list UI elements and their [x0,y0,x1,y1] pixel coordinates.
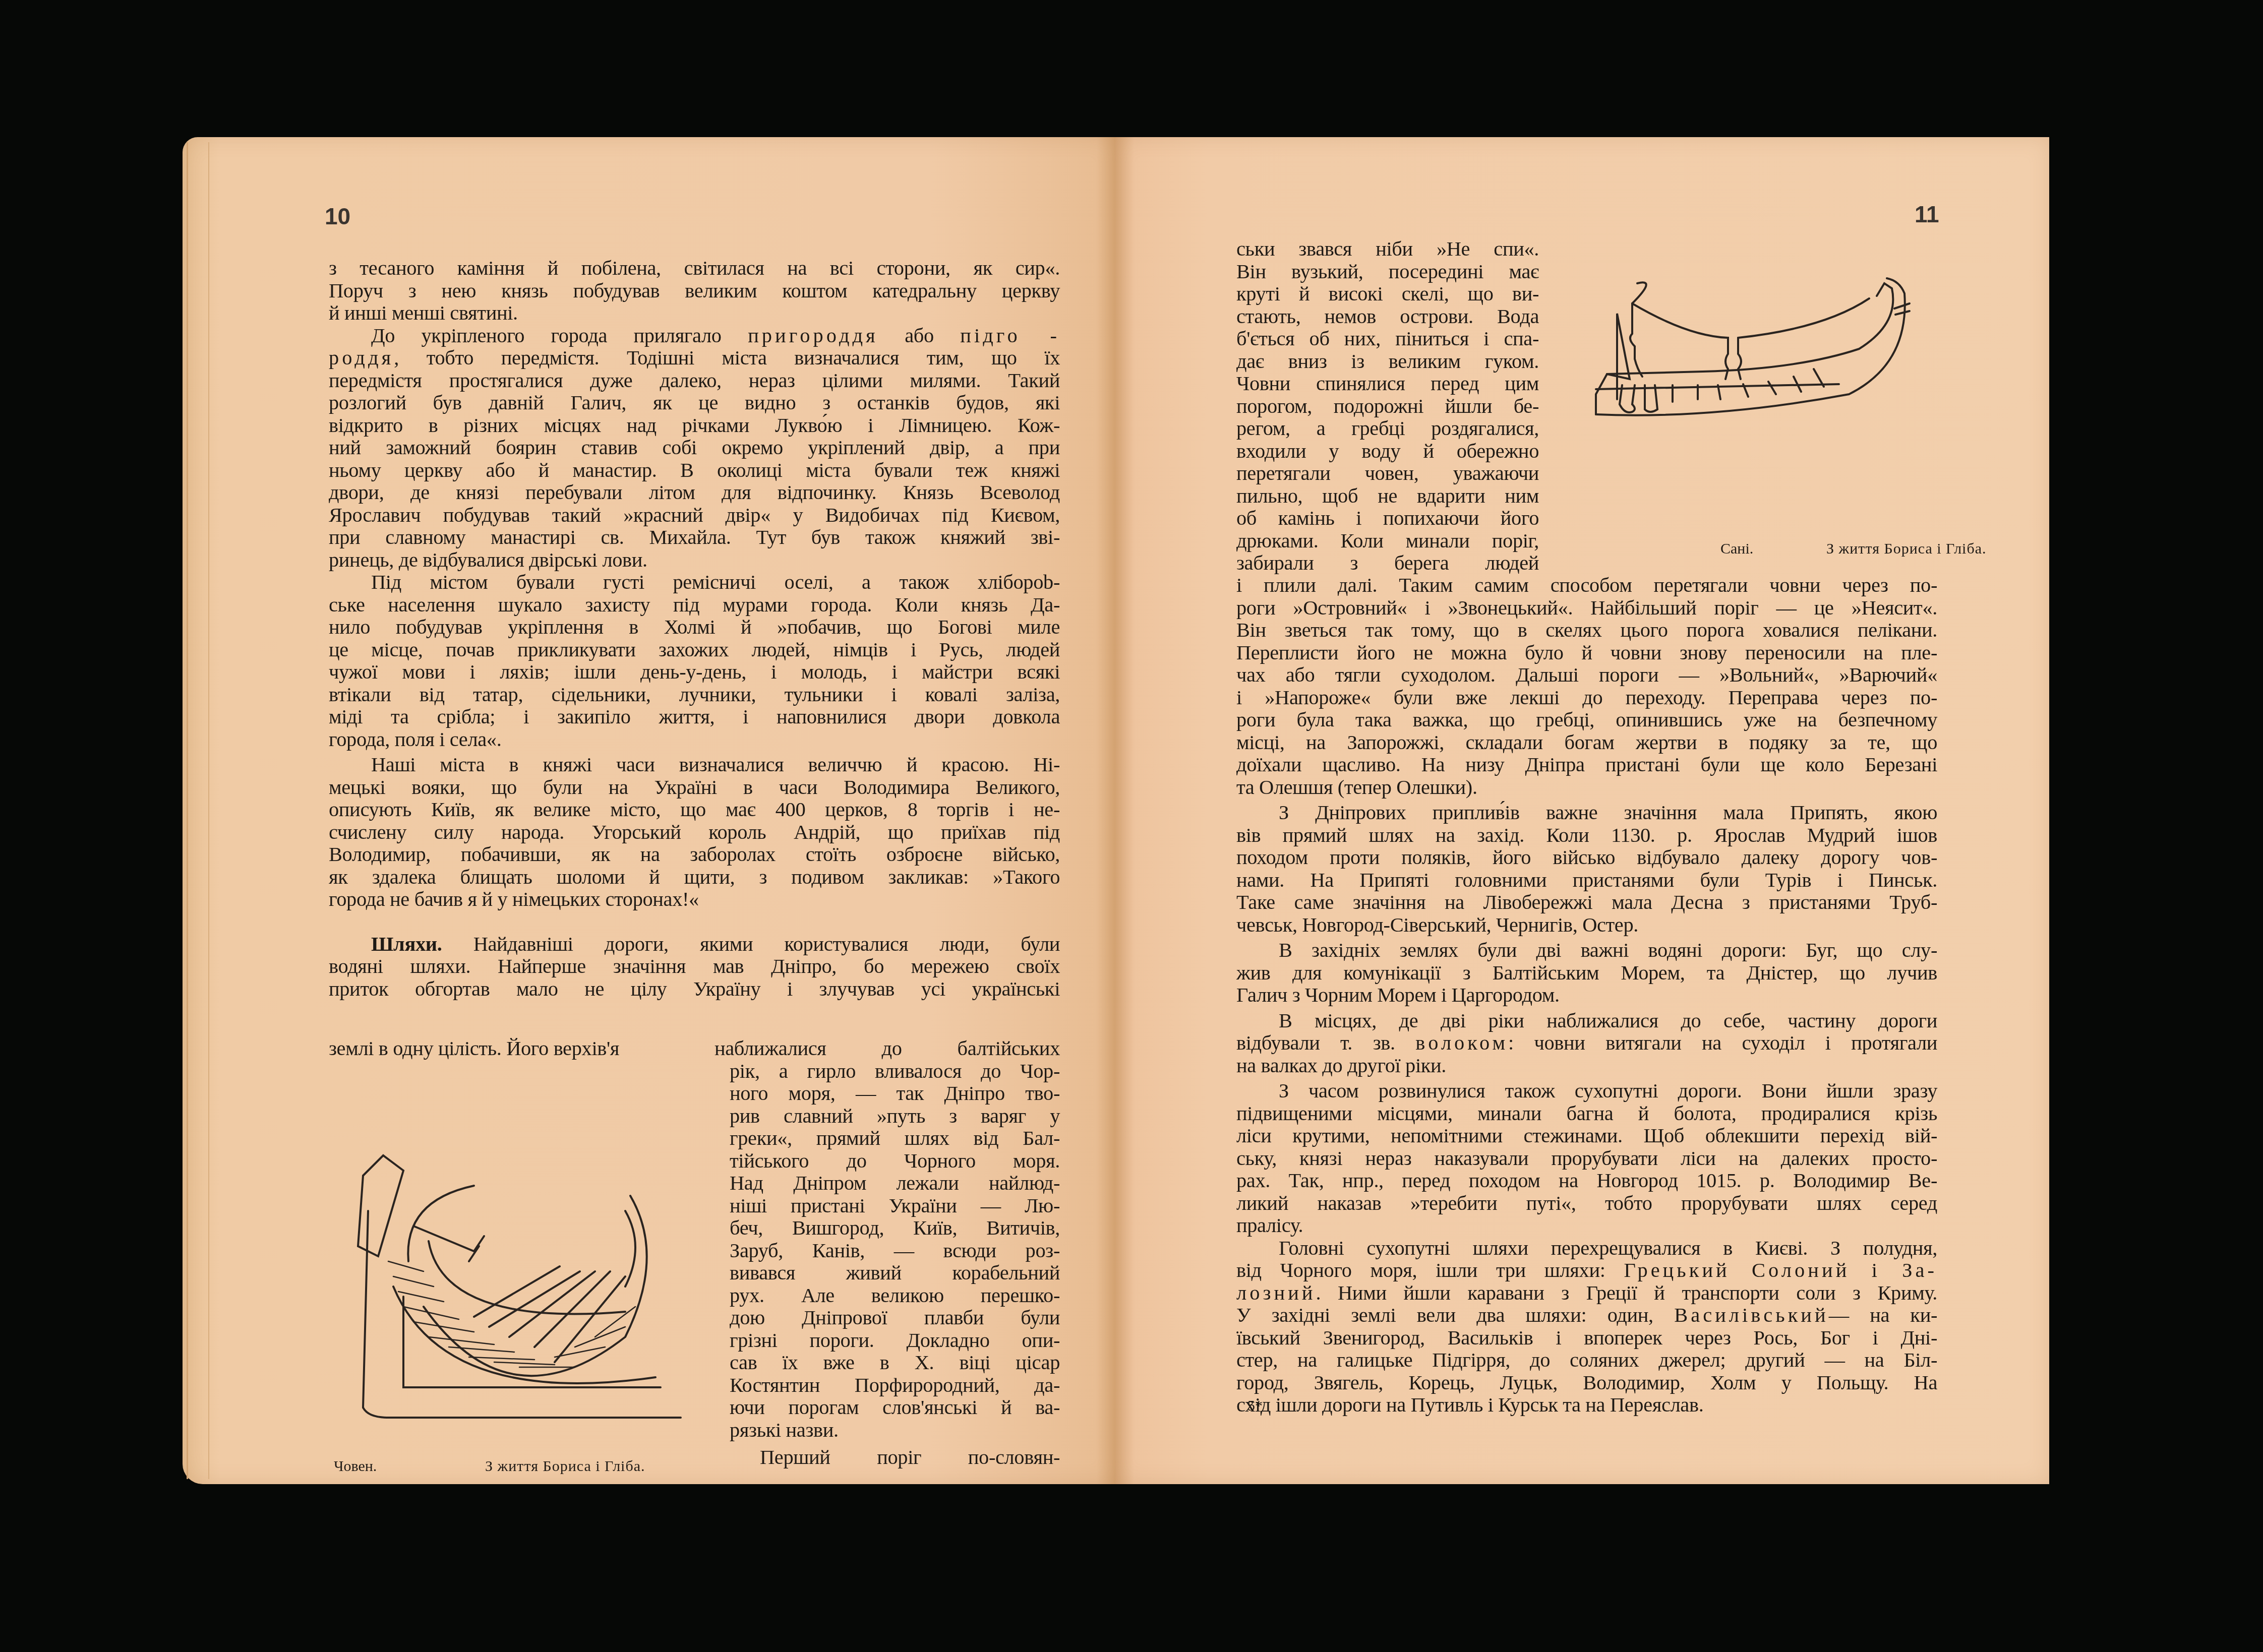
text-line: на валках до другої ріки. [1236,1055,1937,1077]
text-line: ний заможний боярин ставив собі окремо у… [329,437,1060,459]
text-line: дрюками. Коли минали поріг, [1236,530,1539,553]
text-line: порогом, подорожні йшли бе- [1236,395,1539,418]
text-line: ньому церкву або й манастир. В околиці м… [329,459,1060,482]
text-line: відкрито в різних місцях над річками Лук… [329,414,1060,437]
text-line: Ярославич побудував такий »красний двір«… [329,504,1060,527]
text-line: Костянтин Порфирородний, да- [714,1374,1060,1397]
text-line: і плили далі. Таким самим способом перет… [1236,574,1937,597]
text-line: беч, Вишгород, Київ, Витичів, [714,1217,1060,1240]
text-line: забирали з берега людей [1236,552,1539,575]
text-line: наближалися до балтійських [714,1037,1060,1060]
figure-caption-label: Човен. [334,1458,377,1475]
text-line: розлогий був давній Галич, як це видно з… [329,392,1060,414]
text-line: Під містом бували густі ремісничі оселі,… [329,571,1060,594]
text-line: та Олешшя (тепер Олешки). [1236,776,1937,799]
text-line: вивався живий корабельний [714,1262,1060,1284]
text-line: з тесаного каміння й побілена, світилася… [329,257,1060,280]
text-line: города, поля і села«. [329,728,1060,751]
text-line: Головні сухопутні шляхи перехрещувалися … [1236,1237,1937,1260]
text-line: нами. На Припяті головними пристанями бу… [1236,869,1937,892]
page-number-right: 11 [1915,201,1939,228]
text-line: від Чорного моря, ішли три шляхи: Грецьк… [1236,1259,1937,1282]
text-line: Над Дніпром лежали найлюд- [714,1172,1060,1195]
text-line: рух. Але великою перешко- [714,1284,1060,1307]
text-line: приток обгортав мало не цілу Україну і з… [329,978,1060,1001]
text-line: сав їх вже в X. віці цісар [714,1352,1060,1374]
text-line: греки«, прямий шлях від Бал- [714,1127,1060,1150]
text-line: ївський Звенигород, Васильків і впоперек… [1236,1327,1937,1350]
text-line: тійського до Чорного моря. [714,1150,1060,1173]
text-line: ніші пристані України — Лю- [714,1195,1060,1217]
text-line: стають, немов острови. Вода [1236,305,1539,328]
text-line: Човни спинялися перед цим [1236,373,1539,395]
text-line: міді та срібла; і закипіло життя, і напо… [329,706,1060,728]
text-line: відбували т. зв. волоком: човни витягали… [1236,1032,1937,1055]
right-page: 11 ськи звався ніби »Не спи«. Він вузьки… [1115,137,2049,1484]
text-line: чах або тягли суходолом. Дальші пороги —… [1236,664,1937,687]
text-line: доїхали щасливо. На низу Дніпра пристані… [1236,754,1937,776]
left-narrow-column: наближалися до балтійських рік, а гирло … [714,1037,1060,1469]
text-line: входили у воду й обережно [1236,440,1539,463]
text-line: ськи звався ніби »Не спи«. [1236,238,1539,261]
text-line: ного моря, — так Дніпро тво- [714,1082,1060,1105]
text-line: пильно, щоб не вдарити ним [1236,485,1539,508]
text-line: втікали від татар, сідельники, лучники, … [329,684,1060,706]
text-line: підвищеними місцями, минали багна й боло… [1236,1103,1937,1125]
signature-mark: 5* [1247,1397,1263,1415]
text-line: двори, де князі перебували літом для від… [329,481,1060,504]
text-line: регом, а гребці роздягалися, [1236,417,1539,440]
text-line: рив славний »путь з варяг у [714,1105,1060,1128]
text-line: рік, а гирло вливалося до Чор- [714,1060,1060,1083]
text-line: роги була така важка, що гребці, опинивш… [1236,709,1937,731]
text-line: нило побудував укріплення в Холмі й »поб… [329,616,1060,639]
text-line: роги »Островний« і »Звонецький«. Найбіль… [1236,597,1937,620]
sled-illustration-icon [1587,273,1940,445]
text-line: чевськ, Новгород-Сіверський, Чернигів, О… [1236,914,1937,937]
left-page: 10 з тесаного каміння й побілена, світил… [183,137,1115,1484]
text-line: рязькі назви. [714,1419,1060,1442]
text-line: грізні пороги. Докладно опи- [714,1329,1060,1352]
figure-caption-label: Сані. [1720,540,1753,558]
text-line: рах. Так, нпр., перед походом на Новгоро… [1236,1170,1937,1192]
text-line: В місцях, де дві ріки наближалися до себ… [1236,1010,1937,1032]
text-line: стер, на галицьке Підгірря, до соляних д… [1236,1349,1937,1372]
text-line: лозний. Ними йшли каравани з Греції й тр… [1236,1282,1937,1305]
text-line: дою Дніпрової плавби були [714,1307,1060,1329]
right-narrow-column: ськи звався ніби »Не спи«. Він вузький, … [1236,238,1539,575]
text-line: город, Звягель, Корець, Луцьк, Володимир… [1236,1372,1937,1394]
text-line: об камінь і попихаючи його [1236,507,1539,530]
text-line: ликий наказав »теребити путі«, тобто про… [1236,1192,1937,1215]
text-line: ське населення шукало захисту під мурами… [329,594,1060,617]
text-line: города не бачив я й у німецьких сторонах… [329,888,1060,911]
text-line: Таке саме значіння на Лівобережжі мала Д… [1236,891,1937,914]
boat-illustration-icon [343,1145,691,1428]
text-line: як здалека блищать шоломи й щити, з поди… [329,866,1060,889]
text-line: З Дніпрових приплив́ів важне значіння ма… [1236,802,1937,824]
text-line: жив для комунікації з Балтійським Морем,… [1236,962,1937,985]
text-line: передмістя простягалися дуже далеко, нер… [329,370,1060,392]
text-line: Він вузький, посередині має [1236,261,1539,283]
text-line: при славному манастирі св. Михайла. Тут … [329,526,1060,549]
text-line: це місце, почав прикликувати захожих люд… [329,639,1060,661]
figure-caption-source: З життя Бориса і Гліба. [485,1458,645,1475]
text-line: б'ється об них, піниться і спа- [1236,328,1539,350]
text-line: місці, на Запорожжі, складали богам жерт… [1236,731,1937,754]
text-line: ринець, де відбувалися двірські лови. [329,549,1060,572]
text-line: ючи порогам слов'янські й ва- [714,1396,1060,1419]
text-line: счислену силу народа. Угорський король А… [329,821,1060,844]
text-line: До укріпленого города прилягало пригород… [329,325,1060,347]
text-line: і »Напороже« були вже лекші до переходу.… [1236,687,1937,709]
text-line: круті й високі скелі, що ви- [1236,283,1539,305]
page-stack-edge [187,142,209,1479]
figure-caption-source: З життя Бориса і Гліба. [1826,540,1987,558]
text-line: описують Київ, як велике місто, що має 4… [329,799,1060,821]
page-number-left: 10 [325,203,350,230]
text-line: схід ішли дороги на Путивль і Курськ та … [1236,1394,1937,1417]
text-line: В західніх землях були дві важні водяні … [1236,939,1937,962]
text-line: Володимир, побачивши, як на заборолах ст… [329,843,1060,866]
left-main-text: з тесаного каміння й побілена, світилася… [329,257,1060,1000]
text-line: Галич з Чорним Морем і Царгородом. [1236,984,1937,1007]
right-main-text: і плили далі. Таким самим способом перет… [1236,574,1937,1417]
text-line: водяні шляхи. Найперше значіння мав Дніп… [329,955,1060,978]
text-line: пралісу. [1236,1214,1937,1237]
text-line: землі в одну цілість. Його верхів'я [329,1037,692,1060]
text-line: походом проти поляків, його військо відб… [1236,846,1937,869]
section-heading: Шляхи. [371,933,442,955]
text-line: ліси крутими, непомітними стежинами. Щоб… [1236,1125,1937,1147]
text-line: ську, князі нераз наказували прорубувати… [1236,1147,1937,1170]
text-line: чужої мови і ляхів; ішли день-у-день, і … [329,661,1060,684]
text-line: Він зветься так тому, що в скелях цього … [1236,619,1937,642]
text-line: й инші менші святині. [329,302,1060,325]
section-heading-line: Шляхи. Найдавніші дороги, якими користув… [329,933,1060,956]
text-line: роддя, тобто передмістя. Тодішні міста в… [329,347,1060,370]
text-line: З часом розвинулися також сухопутні доро… [1236,1080,1937,1103]
text-line: Перший поріг по-словян- [714,1446,1060,1469]
left-section-line4: землі в одну цілість. Його верхів'я [329,1037,692,1060]
text-line: У західні землі вели два шляхи: один, Ва… [1236,1304,1937,1327]
text-line: Поруч з нею князь побудував великим кошт… [329,280,1060,302]
text-line: мецькі вояки, що були на Україні в часи … [329,776,1060,799]
text-line: Наші міста в княжі часи визначалися вели… [329,754,1060,776]
text-line: Заруб, Канів, — всюди роз- [714,1240,1060,1262]
text-line: вів прямий шлях на захід. Коли 1130. р. … [1236,824,1937,847]
text-line: дає вниз із великим гуком. [1236,350,1539,373]
text-line: Переплисти його не можна було й човни зн… [1236,642,1937,664]
text-line: перетягали човен, уважаючи [1236,462,1539,485]
